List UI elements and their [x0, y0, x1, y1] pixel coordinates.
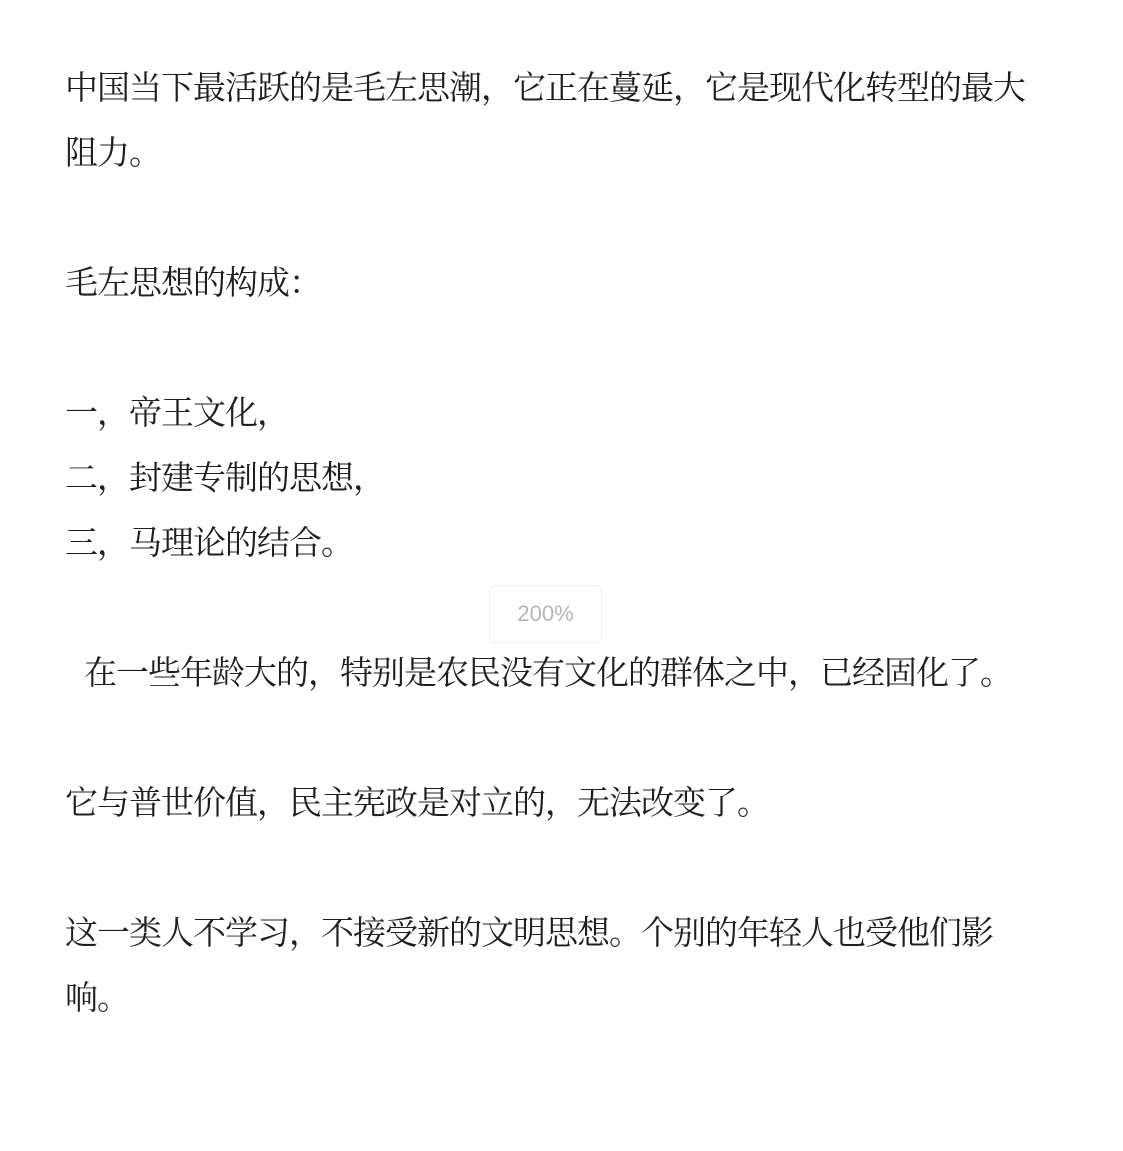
- blank-line: [65, 185, 1045, 250]
- zoom-level-indicator: 200%: [489, 585, 602, 643]
- document-body: 中国当下最活跃的是毛左思潮，它正在蔓延，它是现代化转型的最大阻力。 毛左思想的构…: [65, 55, 1045, 1030]
- paragraph-heading-composition: 毛左思想的构成：: [65, 250, 1045, 315]
- paragraph-solidified: 在一些年龄大的，特别是农民没有文化的群体之中，已经固化了。: [65, 640, 1045, 705]
- paragraph-opposition: 它与普世价值，民主宪政是对立的，无法改变了。: [65, 770, 1045, 835]
- blank-line: [65, 705, 1045, 770]
- list-item-3: 三，马理论的结合。: [65, 510, 1045, 575]
- blank-line: [65, 315, 1045, 380]
- list-item-2: 二，封建专制的思想，: [65, 445, 1045, 510]
- blank-line: [65, 835, 1045, 900]
- paragraph-intro: 中国当下最活跃的是毛左思潮，它正在蔓延，它是现代化转型的最大阻力。: [65, 55, 1045, 185]
- list-item-1: 一，帝王文化，: [65, 380, 1045, 445]
- paragraph-influence: 这一类人不学习，不接受新的文明思想。个别的年轻人也受他们影响。: [65, 900, 1045, 1030]
